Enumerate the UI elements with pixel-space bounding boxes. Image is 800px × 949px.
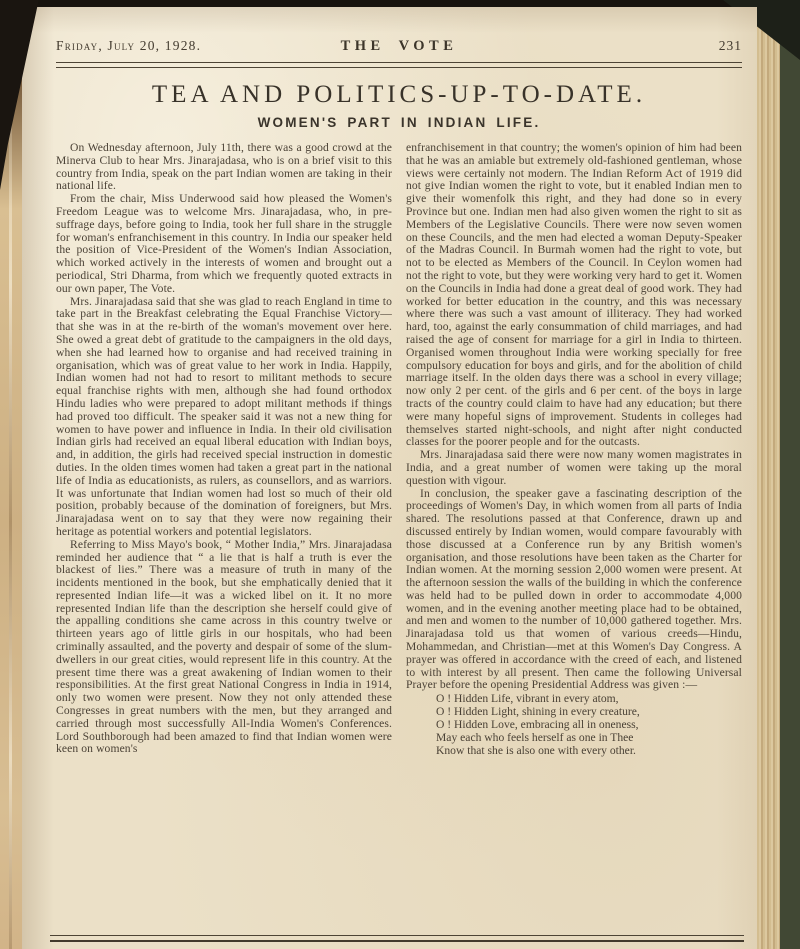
paragraph: On Wednesday afternoon, July 11th, there… bbox=[56, 142, 392, 193]
page-number: 231 bbox=[457, 38, 742, 54]
journal-masthead: THE VOTE bbox=[341, 38, 458, 55]
issue-date: Friday, July 20, 1928. bbox=[56, 38, 341, 54]
paragraph: From the chair, Miss Underwood said how … bbox=[56, 193, 392, 295]
paragraph: In conclusion, the speaker gave a fascin… bbox=[406, 488, 742, 693]
verse-line: O ! Hidden Love, embracing all in onenes… bbox=[436, 718, 742, 731]
left-column: On Wednesday afternoon, July 11th, there… bbox=[56, 142, 392, 757]
header-rule bbox=[56, 62, 742, 68]
universal-prayer-verse: O ! Hidden Life, vibrant in every atom, … bbox=[436, 692, 742, 757]
verse-line: May each who feels herself as one in The… bbox=[436, 731, 742, 744]
article-title: TEA AND POLITICS-UP-TO-DATE. bbox=[56, 81, 742, 109]
verse-line: O ! Hidden Light, shining in every creat… bbox=[436, 705, 742, 718]
footer-rule bbox=[50, 935, 744, 942]
scan-top-edge bbox=[0, 0, 800, 7]
paragraph: Mrs. Jinarajadasa said there were now ma… bbox=[406, 449, 742, 487]
paragraph: Referring to Miss Mayo's book, “ Mother … bbox=[56, 539, 392, 757]
paragraph-continuation: enfranchisement in that country; the wom… bbox=[406, 142, 742, 449]
verse-line: O ! Hidden Life, vibrant in every atom, bbox=[436, 692, 742, 705]
article-subtitle: WOMEN'S PART IN INDIAN LIFE. bbox=[56, 115, 742, 130]
paragraph: Mrs. Jinarajadasa said that she was glad… bbox=[56, 296, 392, 539]
right-column: enfranchisement in that country; the wom… bbox=[406, 142, 742, 757]
journal-header: Friday, July 20, 1928. THE VOTE 231 bbox=[56, 7, 742, 55]
page-content: Friday, July 20, 1928. THE VOTE 231 TEA … bbox=[20, 7, 757, 757]
article-body: On Wednesday afternoon, July 11th, there… bbox=[56, 142, 742, 757]
verse-line: Know that she is also one with every oth… bbox=[436, 744, 742, 757]
scanned-page: Friday, July 20, 1928. THE VOTE 231 TEA … bbox=[20, 7, 757, 949]
